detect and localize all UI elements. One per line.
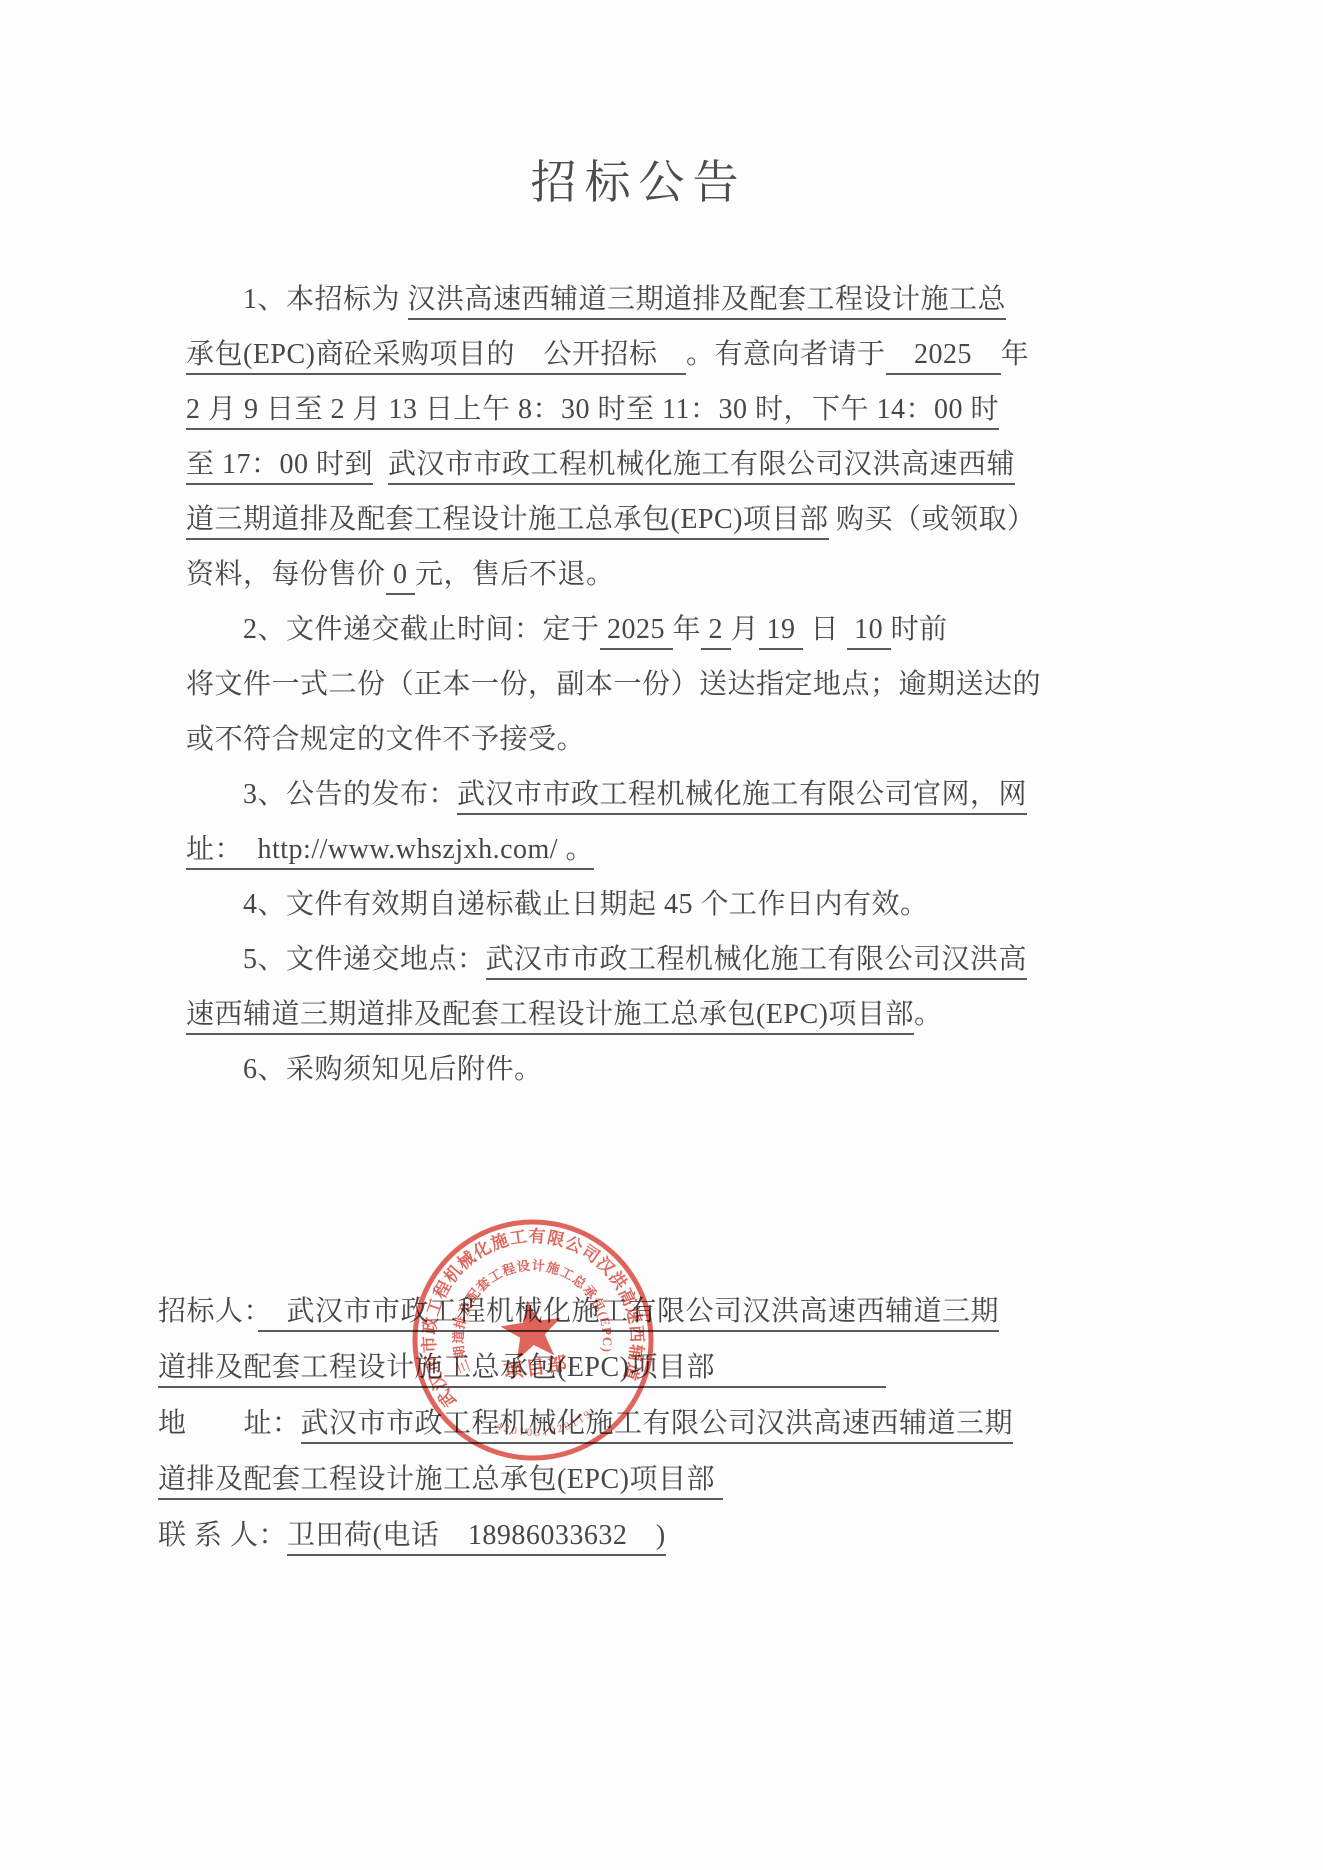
- website-url: 址： http://www.whszjxh.com/ 。: [186, 834, 594, 870]
- text-segment: 月: [731, 614, 760, 645]
- text-segment: [373, 449, 388, 480]
- text-segment: 2、文件递交截止时间：定于: [243, 614, 600, 645]
- seal-serial-number: 4201031020119: [493, 1406, 597, 1445]
- document-page: 招标公告 1、本招标为 汉洪高速西辅道三期道排及配套工程设计施工总 承包(EPC…: [0, 0, 1323, 1870]
- text-segment: 时前: [891, 614, 948, 645]
- filled-blank: 承包(EPC)商砼采购项目的: [186, 339, 515, 375]
- field-label: 地 址：: [158, 1408, 301, 1439]
- filled-blank: 武汉市市政工程机械化施工有限公司汉洪高: [486, 944, 1028, 980]
- body-line-11: 址： http://www.whszjxh.com/ 。: [186, 833, 594, 867]
- body-line-9: 或不符合规定的文件不予接受。: [186, 723, 585, 757]
- text-segment: 购买（或领取）: [829, 504, 1036, 535]
- body-line-12: 4、文件有效期自递标截止日期起 45 个工作日内有效。: [186, 888, 929, 922]
- text-segment: 日: [803, 614, 847, 645]
- body-line-10: 3、公告的发布：武汉市市政工程机械化施工有限公司官网，网: [186, 778, 1027, 812]
- text-segment: 5、文件递交地点：: [243, 944, 486, 975]
- filled-blank: 汉洪高速西辅道三期道排及配套工程设计施工总: [408, 284, 1007, 320]
- text-segment: 资料，每份售价: [186, 559, 386, 590]
- contact-line: 联 系 人：卫田荷(电话 18986033632 ): [158, 1519, 666, 1553]
- body-line-14: 速西辅道三期道排及配套工程设计施工总承包(EPC)项目部。: [186, 998, 943, 1032]
- company-seal: 武汉市市政工程机械化施工有限公司汉洪高速西辅道 三期道排及配套工程设计施工总承包…: [375, 1182, 691, 1498]
- text-segment: 或不符合规定的文件不予接受。: [186, 724, 585, 755]
- body-line-7: 2、文件递交截止时间：定于 2025 年 2 月 19 日 10 时前: [186, 613, 948, 647]
- filled-blank: 10: [847, 614, 891, 650]
- body-line-2: 承包(EPC)商砼采购项目的 公开招标 。有意向者请于 2025 年: [186, 338, 1029, 372]
- filled-blank: 2025: [886, 339, 1001, 375]
- field-label: 招标人：: [158, 1296, 258, 1327]
- text-segment: 年: [673, 614, 702, 645]
- filled-blank: 公开招标: [515, 339, 686, 375]
- field-label: 联 系 人：: [158, 1520, 287, 1551]
- text-segment: 。有意向者请于: [686, 339, 886, 370]
- seal-center-text: 项目部: [503, 1351, 572, 1383]
- filled-blank: 0: [386, 559, 416, 595]
- text-segment: 元，售后不退。: [415, 559, 615, 590]
- body-line-3: 2 月 9 日至 2 月 13 日上午 8：30 时至 11：30 时，下午 1…: [186, 393, 999, 427]
- seal-star-icon: [497, 1296, 565, 1362]
- body-line-1: 1、本招标为 汉洪高速西辅道三期道排及配套工程设计施工总: [186, 283, 1006, 317]
- text-segment: 1、本招标为: [243, 284, 408, 315]
- contact-value: 卫田荷(电话 18986033632 ): [287, 1520, 666, 1556]
- body-line-15: 6、采购须知见后附件。: [186, 1053, 543, 1087]
- filled-blank: 2: [701, 614, 731, 650]
- document-title: 招标公告: [0, 146, 1277, 212]
- body-line-8: 将文件一式二份（正本一份，副本一份）送达指定地点；逾期送达的: [186, 668, 1041, 702]
- body-line-13: 5、文件递交地点：武汉市市政工程机械化施工有限公司汉洪高: [186, 943, 1027, 977]
- body-line-4: 至 17：00 时到 武汉市市政工程机械化施工有限公司汉洪高速西辅: [186, 448, 1015, 482]
- body-line-5: 道三期道排及配套工程设计施工总承包(EPC)项目部 购买（或领取）: [186, 503, 1036, 537]
- filled-blank: 19: [759, 614, 803, 650]
- filled-blank: 2 月 9 日至 2 月 13 日上午 8：30 时至 11：30 时，下午 1…: [186, 394, 999, 430]
- body-line-6: 资料，每份售价 0 元，售后不退。: [186, 558, 615, 592]
- text-segment: 4、文件有效期自递标截止日期起 45 个工作日内有效。: [243, 889, 929, 920]
- filled-blank: 武汉市市政工程机械化施工有限公司汉洪高速西辅: [388, 449, 1015, 485]
- filled-blank: 武汉市市政工程机械化施工有限公司官网，网: [457, 779, 1027, 815]
- text-segment: 3、公告的发布：: [243, 779, 457, 810]
- text-segment: 6、采购须知见后附件。: [243, 1054, 543, 1085]
- filled-blank: 2025: [600, 614, 673, 650]
- filled-blank: 速西辅道三期道排及配套工程设计施工总承包(EPC)项目部: [186, 999, 914, 1035]
- text-segment: 将文件一式二份（正本一份，副本一份）送达指定地点；逾期送达的: [186, 669, 1041, 700]
- text-segment: 年: [1001, 339, 1030, 370]
- filled-blank: 道三期道排及配套工程设计施工总承包(EPC)项目部: [186, 504, 829, 540]
- text-segment: 。: [914, 999, 943, 1030]
- filled-blank: 至 17：00 时到: [186, 449, 373, 485]
